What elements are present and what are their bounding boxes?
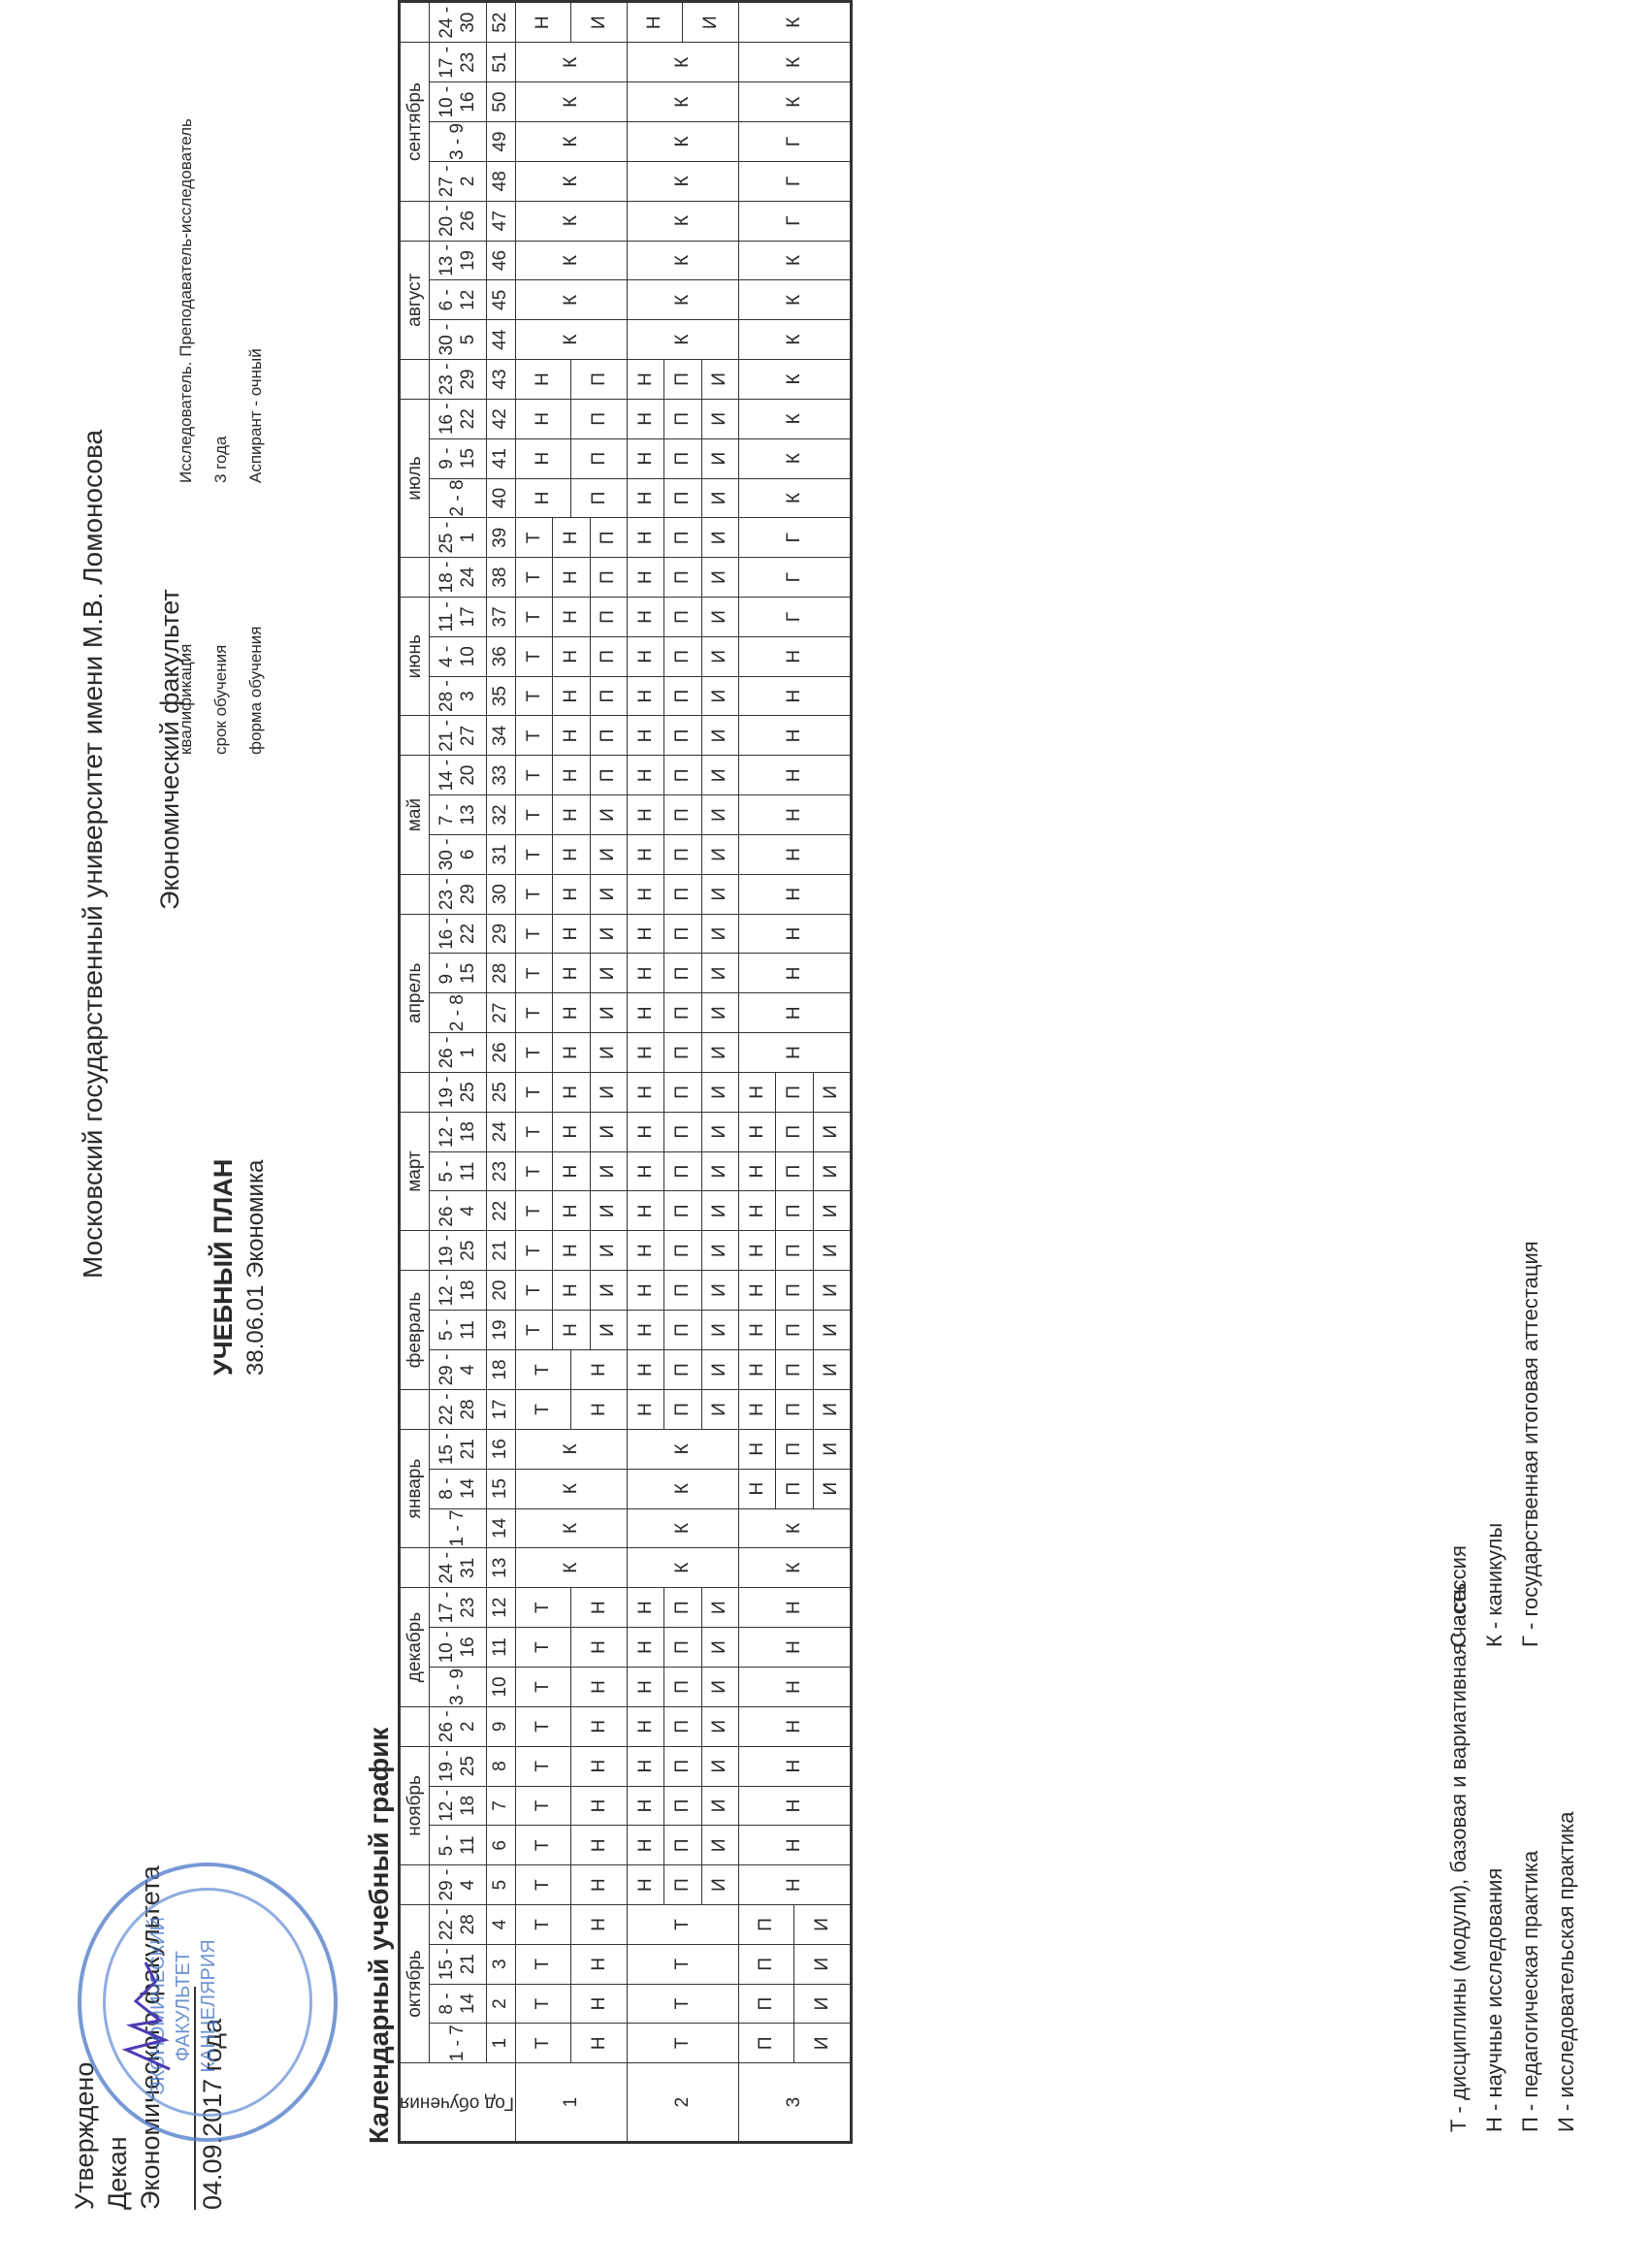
activity-code: П [663, 518, 700, 557]
schedule-cell: ТН [515, 1350, 627, 1390]
cell-stack: НПИ [628, 954, 738, 992]
schedule-cell: НПИ [627, 1191, 738, 1231]
month-header: февраль [400, 1271, 430, 1390]
meta-qualification: квалификацияИсследователь. Преподаватель… [177, 118, 196, 755]
schedule-cell: ПИ [738, 1904, 851, 1944]
activity-code: К [739, 479, 850, 518]
schedule-cell: ТНИ [515, 795, 627, 835]
cell-stack: Н [739, 1865, 850, 1904]
cell-stack: НПИ [628, 1668, 738, 1706]
activity-code: Н [628, 915, 663, 954]
plan-subtitle: 38.06.01 Экономика [242, 1160, 270, 1376]
year-label: 2 [627, 2063, 738, 2143]
activity-code: Н [739, 1152, 775, 1191]
cell-stack: ТНП [516, 716, 627, 755]
activity-code: Т [516, 993, 552, 1032]
schedule-cell: Т [627, 1944, 738, 1984]
cell-stack: ТН [516, 1905, 627, 1944]
schedule-cell: ТНИ [515, 1311, 627, 1350]
activity-code: П [663, 954, 700, 992]
week-number: 49 [486, 122, 515, 162]
cell-stack: Т [628, 1905, 738, 1944]
activity-code: П [663, 400, 700, 438]
activity-code: И [590, 1113, 627, 1151]
week-number: 23 [486, 1151, 515, 1191]
activity-code: Н [628, 3, 683, 42]
week-number: 43 [486, 360, 515, 400]
schedule-cell: НПИ [627, 993, 738, 1033]
schedule-cell: ПИ [738, 2024, 851, 2063]
week-dates: 10 - 16 [430, 82, 487, 122]
activity-code: И [590, 1191, 627, 1230]
cell-stack: К [628, 1548, 738, 1587]
activity-code: Н [628, 1073, 663, 1112]
legend-item: Н - научные исследования [1476, 1583, 1512, 2132]
week-number: 41 [486, 438, 515, 478]
activity-code: И [701, 1668, 738, 1706]
activity-code: И [813, 1470, 850, 1508]
activity-code: Н [628, 795, 663, 834]
schedule-cell: ТН [515, 1390, 627, 1430]
schedule-cell: НПИ [627, 1628, 738, 1668]
activity-code: Н [628, 677, 663, 716]
activity-code: К [739, 1548, 850, 1587]
week-number: 3 [486, 1944, 515, 1984]
week-number: 48 [486, 161, 515, 201]
legend-item: С - сессия [1440, 1241, 1476, 1647]
week-dates: 24 - 31 [430, 1548, 487, 1588]
cell-stack: К [516, 122, 627, 161]
activity-code: И [793, 1905, 850, 1944]
schedule-cell: К [627, 201, 738, 241]
activity-code: И [701, 1588, 738, 1627]
legend-item: Г - государственная итоговая аттестация [1512, 1241, 1548, 1647]
activity-code: Н [739, 1430, 775, 1469]
schedule-cell: НПИ [627, 360, 738, 400]
cell-stack: ПИ [739, 1945, 850, 1984]
calendar-title: Календарный учебный график [364, 1728, 395, 2144]
activity-code: Н [628, 1628, 663, 1667]
schedule-cell: К [515, 201, 627, 241]
activity-code: Т [516, 1945, 571, 1984]
schedule-cell: НПИ [627, 1112, 738, 1151]
cell-stack: НП [516, 360, 627, 399]
cell-stack: К [628, 1430, 738, 1469]
week-number: 5 [486, 1865, 515, 1905]
activity-code: Г [739, 598, 850, 636]
activity-code: Н [570, 1628, 627, 1667]
activity-code: И [813, 1311, 850, 1349]
cell-stack: К [516, 320, 627, 359]
activity-code: П [663, 915, 700, 954]
week-dates: 8 - 14 [430, 1469, 487, 1508]
schedule-cell: К [738, 241, 851, 280]
activity-code: П [663, 1707, 700, 1746]
schedule-cell: Н [738, 1628, 851, 1668]
cell-stack: ТНИ [516, 1311, 627, 1349]
activity-code: Н [628, 835, 663, 874]
schedule-cell: Н [738, 716, 851, 756]
schedule-cell: ТНП [515, 558, 627, 598]
schedule-cell: Н [738, 954, 851, 993]
schedule-cell: НПИ [627, 1390, 738, 1430]
week-dates: 1 - 7 [430, 2024, 487, 2063]
cell-stack: ТНИ [516, 795, 627, 834]
activity-code: Т [516, 1865, 571, 1904]
week-number: 51 [486, 43, 515, 82]
schedule-cell: К [627, 82, 738, 122]
week-dates: 5 - 11 [430, 1151, 487, 1191]
week-dates: 25 - 1 [430, 518, 487, 558]
activity-code: Н [570, 1985, 627, 2024]
activity-code: И [701, 1113, 738, 1151]
activity-code: Н [739, 1350, 775, 1389]
activity-code: И [701, 439, 738, 478]
activity-code: К [628, 1509, 738, 1548]
week-number: 13 [486, 1548, 515, 1588]
activity-code: П [663, 598, 700, 636]
activity-code: Н [552, 637, 589, 676]
activity-code: Н [552, 795, 589, 834]
activity-code: Н [628, 1668, 663, 1706]
week-number: 16 [486, 1429, 515, 1469]
week-dates: 13 - 19 [430, 241, 487, 280]
cell-stack: НПИ [628, 677, 738, 716]
activity-code: К [628, 1430, 738, 1469]
cell-stack: НПИ [628, 1390, 738, 1429]
activity-code: Н [570, 1588, 627, 1627]
activity-code: Н [552, 993, 589, 1032]
activity-code: И [701, 1707, 738, 1746]
schedule-cell: ТНИ [515, 1271, 627, 1311]
cell-stack: Н [739, 835, 850, 874]
cell-stack: НПИ [628, 1191, 738, 1230]
activity-code: Н [739, 1033, 850, 1072]
week-number: 22 [486, 1191, 515, 1231]
schedule-cell: НПИ [627, 518, 738, 558]
cell-stack: ТНП [516, 756, 627, 794]
activity-code: П [663, 1668, 700, 1706]
cell-stack: НПИ [739, 1311, 850, 1349]
week-number: 45 [486, 280, 515, 320]
activity-code: К [739, 280, 850, 319]
activity-code: К [739, 3, 850, 42]
activity-code: Т [516, 1588, 571, 1627]
activity-code: Н [628, 439, 663, 478]
month-header-row: Год обученияоктябрьноябрьдекабрьянварьфе… [400, 2, 430, 2143]
cell-stack: НПИ [628, 1628, 738, 1667]
activity-code: Н [739, 716, 850, 755]
schedule-cell: ТН [515, 1826, 627, 1865]
schedule-cell: ТН [515, 1667, 627, 1706]
schedule-cell: НПИ [627, 874, 738, 914]
schedule-cell: К [627, 241, 738, 280]
cell-stack: К [739, 479, 850, 518]
week-number: 6 [486, 1826, 515, 1865]
cell-stack: ТНИ [516, 1113, 627, 1151]
activity-code: К [516, 242, 627, 280]
week-number: 31 [486, 834, 515, 874]
cell-stack: Н [739, 1826, 850, 1864]
activity-code: И [813, 1073, 850, 1112]
schedule-cell: НП [515, 438, 627, 478]
cell-stack: ТНИ [516, 1073, 627, 1112]
schedule-cell: НПИ [627, 676, 738, 716]
activity-code: И [570, 3, 627, 42]
schedule-cell: К [627, 1469, 738, 1508]
activity-code: П [590, 598, 627, 636]
week-number: 27 [486, 993, 515, 1033]
activity-code: Н [570, 1390, 627, 1429]
activity-code: П [663, 1628, 700, 1667]
activity-code: Н [552, 598, 589, 636]
activity-code: И [701, 1231, 738, 1270]
activity-code: Г [739, 518, 850, 557]
schedule-cell: НПИ [738, 1112, 851, 1151]
schedule-cell: К [738, 82, 851, 122]
activity-code: И [701, 915, 738, 954]
schedule-cell: НПИ [738, 1271, 851, 1311]
activity-code: И [793, 2024, 850, 2062]
activity-code: Н [739, 1747, 850, 1786]
schedule-cell: Н [738, 1786, 851, 1826]
activity-code: П [590, 716, 627, 755]
week-number: 30 [486, 874, 515, 914]
week-number: 9 [486, 1706, 515, 1746]
activity-code: Н [628, 1311, 663, 1349]
week-number: 20 [486, 1271, 515, 1311]
activity-code: К [628, 122, 738, 161]
activity-code: Н [628, 1350, 663, 1389]
activity-code: Т [516, 1747, 571, 1786]
activity-code: Т [516, 795, 552, 834]
cell-stack: К [516, 82, 627, 121]
activity-code: П [663, 875, 700, 914]
activity-code: Т [516, 598, 552, 636]
activity-code: К [739, 242, 850, 280]
week-number: 52 [486, 2, 515, 43]
activity-code: Т [516, 1628, 571, 1667]
month-header: август [400, 241, 430, 359]
activity-code: П [663, 1271, 700, 1310]
activity-code: Н [739, 1390, 775, 1429]
activity-code: Т [516, 518, 552, 557]
schedule-cell: К [738, 43, 851, 82]
activity-code: П [663, 637, 700, 676]
activity-code: И [813, 1390, 850, 1429]
activity-code: П [663, 756, 700, 794]
cell-stack: НПИ [628, 1271, 738, 1310]
year-row: 2ТТТТНПИНПИНПИНПИНПИНПИНПИНПИККККНПИНПИН… [627, 2, 738, 2143]
week-number: 39 [486, 518, 515, 558]
activity-code: П [663, 439, 700, 478]
activity-code: Т [516, 835, 552, 874]
activity-code: К [739, 82, 850, 121]
activity-code: П [775, 1152, 812, 1191]
cell-stack: НПИ [628, 439, 738, 478]
week-number: 1 [486, 2024, 515, 2063]
activity-code: П [775, 1271, 812, 1310]
week-dates: 7 - 13 [430, 795, 487, 835]
activity-code: Г [739, 202, 850, 241]
activity-code: Т [516, 1390, 571, 1429]
cell-stack: К [739, 1509, 850, 1548]
cell-stack: НПИ [628, 795, 738, 834]
cell-stack: Г [739, 202, 850, 241]
cell-stack: К [739, 1548, 850, 1587]
cell-stack: К [628, 122, 738, 161]
schedule-cell: К [738, 1548, 851, 1588]
activity-code: К [739, 43, 850, 81]
cell-stack: Н [739, 1787, 850, 1826]
schedule-cell: ТНП [515, 598, 627, 637]
activity-code: Н [628, 1191, 663, 1230]
activity-code: П [663, 677, 700, 716]
schedule-cell: НПИ [738, 1390, 851, 1430]
cell-stack: ТНИ [516, 1191, 627, 1230]
activity-code: К [628, 242, 738, 280]
activity-code: П [663, 1588, 700, 1627]
activity-code: Н [739, 1271, 775, 1310]
activity-code: И [701, 1350, 738, 1389]
activity-code: И [701, 875, 738, 914]
week-number-row: 1234567891011121314151617181920212223242… [486, 2, 515, 2143]
week-dates: 18 - 24 [430, 558, 487, 598]
activity-code: К [516, 280, 627, 319]
week-number: 38 [486, 558, 515, 598]
schedule-cell: НПИ [627, 598, 738, 637]
legend-left: Т - дисциплины (модули), базовая и вариа… [1440, 1583, 1584, 2132]
week-number: 4 [486, 1904, 515, 1944]
schedule-cell: Г [738, 598, 851, 637]
activity-code: И [590, 1033, 627, 1072]
activity-code: Т [516, 1905, 571, 1944]
activity-code: Т [628, 1945, 738, 1984]
month-header: май [400, 756, 430, 874]
cell-stack: Г [739, 598, 850, 636]
cell-stack: ТНП [516, 677, 627, 716]
activity-code: П [570, 360, 627, 399]
week-number: 10 [486, 1667, 515, 1706]
activity-code: П [739, 1945, 794, 1984]
activity-code: Н [516, 3, 571, 42]
month-header: март [400, 1112, 430, 1230]
cell-stack: К [739, 82, 850, 121]
schedule-cell: НПИ [627, 636, 738, 676]
activity-code: Н [628, 1707, 663, 1746]
week-dates: 22 - 28 [430, 1390, 487, 1430]
cell-stack: К [628, 320, 738, 359]
activity-code: Т [516, 1113, 552, 1151]
activity-code: И [701, 1826, 738, 1864]
activity-code: К [739, 320, 850, 359]
activity-code: И [701, 1747, 738, 1786]
activity-code: Т [516, 558, 552, 597]
schedule-cell: НПИ [627, 834, 738, 874]
cell-stack: ПИ [739, 2024, 850, 2062]
activity-code: Н [628, 875, 663, 914]
activity-code: П [775, 1231, 812, 1270]
calendar-schedule-table: Год обученияоктябрьноябрьдекабрьянварьфе… [398, 0, 853, 2144]
schedule-cell: К [627, 161, 738, 201]
cell-stack: НПИ [739, 1191, 850, 1230]
cell-stack: К [516, 202, 627, 241]
schedule-cell: К [738, 1508, 851, 1548]
activity-code: И [813, 1350, 850, 1389]
activity-code: Г [739, 162, 850, 201]
activity-code: И [701, 795, 738, 834]
week-number: 35 [486, 676, 515, 716]
activity-code: Н [628, 400, 663, 438]
activity-code: Н [552, 1073, 589, 1112]
cell-stack: НПИ [628, 1073, 738, 1112]
schedule-cell: Н [738, 1033, 851, 1073]
schedule-cell: ТН [515, 1865, 627, 1905]
activity-code: К [516, 1430, 627, 1469]
cell-stack: НПИ [739, 1350, 850, 1389]
activity-code: П [663, 1826, 700, 1864]
activity-code: Н [739, 1787, 850, 1826]
activity-code: П [663, 1152, 700, 1191]
cell-stack: Н [739, 993, 850, 1032]
schedule-cell: Н [738, 1826, 851, 1865]
cell-stack: НПИ [628, 1113, 738, 1151]
activity-code: Н [739, 835, 850, 874]
activity-code: П [663, 835, 700, 874]
schedule-cell: ТНИ [515, 1191, 627, 1231]
activity-code: Н [739, 1311, 775, 1349]
schedule-cell: Т [627, 2024, 738, 2063]
schedule-cell: НПИ [738, 1469, 851, 1508]
year-row: 3ПИПИПИПИННННННННККНПИНПИНПИНПИНПИНПИНПИ… [738, 2, 851, 2143]
activity-code: Н [628, 993, 663, 1032]
activity-code: И [590, 1073, 627, 1112]
cell-stack: ТН [516, 1747, 627, 1786]
activity-code: П [775, 1390, 812, 1429]
schedule-cell: НПИ [738, 1311, 851, 1350]
activity-code: Н [570, 1707, 627, 1746]
schedule-cell: К [627, 320, 738, 360]
cell-stack: НПИ [628, 400, 738, 438]
activity-code: Н [739, 1668, 850, 1706]
schedule-cell: ТНП [515, 756, 627, 795]
month-header: июнь [400, 598, 430, 716]
legend-right: С - сессия К - каникулы Г - государствен… [1440, 1241, 1548, 1647]
week-dates: 2 - 8 [430, 993, 487, 1033]
activity-code: И [813, 1271, 850, 1310]
activity-code: Т [516, 1271, 552, 1310]
activity-code: И [701, 400, 738, 438]
activity-code: Т [516, 1826, 571, 1864]
schedule-cell: НПИ [627, 954, 738, 993]
activity-code: П [663, 1350, 700, 1389]
cell-stack: Н [739, 875, 850, 914]
cell-stack: Н [739, 1033, 850, 1072]
activity-code: К [628, 280, 738, 319]
schedule-cell: ТНП [515, 676, 627, 716]
schedule-cell: НПИ [627, 716, 738, 756]
schedule-cell: НПИ [627, 1033, 738, 1073]
year-row: 1ТНТНТНТНТНТНТНТНТНТНТНТНККККТНТНТНИТНИТ… [515, 2, 627, 2143]
activity-code: П [663, 1073, 700, 1112]
cell-stack: НПИ [628, 915, 738, 954]
week-number: 19 [486, 1311, 515, 1350]
activity-code: И [590, 1231, 627, 1270]
cell-stack: Н [739, 1668, 850, 1706]
week-number: 29 [486, 914, 515, 954]
cell-stack: Н [739, 1747, 850, 1786]
activity-code: П [590, 756, 627, 794]
